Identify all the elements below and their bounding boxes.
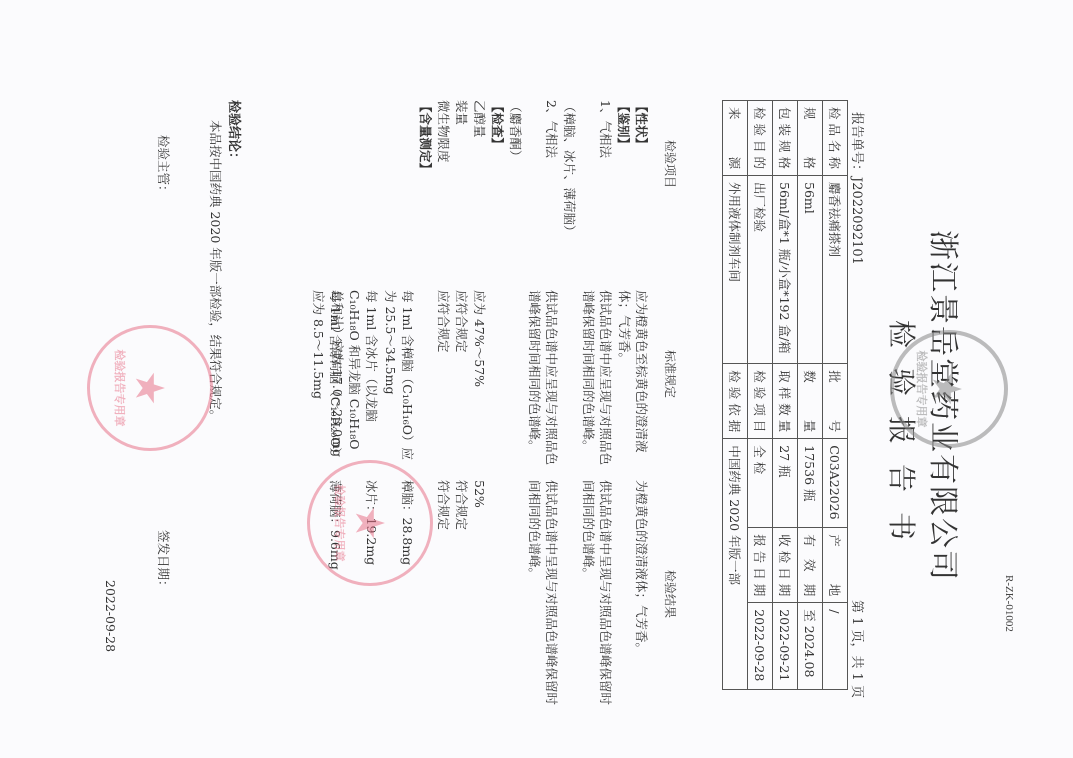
conclusion-label: 检验结论： bbox=[226, 100, 245, 165]
sign-date: 2022-09-28 bbox=[103, 580, 118, 652]
info-value: 出厂检验 bbox=[748, 176, 773, 364]
info-label: 批 号 bbox=[823, 364, 848, 439]
test-item: 【检查】 bbox=[489, 100, 506, 150]
info-label: 检验目的 bbox=[748, 101, 773, 176]
info-label: 数 量 bbox=[798, 364, 823, 439]
info-value: 外用液体制剂车间 bbox=[723, 176, 748, 364]
info-value: 56ml/盒*1 瓶/小盒*192 盒/箱 bbox=[773, 176, 798, 364]
info-value: C03A22026 bbox=[823, 439, 848, 528]
column-header-result: 检验结果 bbox=[661, 570, 678, 618]
test-standard: 每 1ml 含薄荷脑（C₁₀H₂₀O）应为 8.5～11.5mg bbox=[310, 290, 344, 465]
info-value: 27 瓶 bbox=[773, 439, 798, 528]
test-standard: 应符合规定 bbox=[435, 290, 452, 465]
test-item: （麝香酮） bbox=[507, 100, 524, 163]
test-item: 2、气相法 bbox=[543, 100, 560, 158]
info-value: 中国药典 2020 年版一部 bbox=[723, 439, 748, 690]
info-label: 收检日期 bbox=[773, 528, 798, 603]
info-value: 至 2024.08 bbox=[798, 603, 823, 690]
sign-date-label: 签发日期： bbox=[155, 530, 173, 593]
info-label: 检验项目 bbox=[748, 364, 773, 439]
test-result: 52% bbox=[471, 480, 488, 710]
info-row: 包装规格56ml/盒*1 瓶/小盒*192 盒/箱取样数量27 瓶收检日期202… bbox=[773, 101, 798, 690]
info-value: 2022-09-21 bbox=[773, 603, 798, 690]
info-label: 取样数量 bbox=[773, 364, 798, 439]
red-seal-stamp: ★ 检验报告专用章 bbox=[307, 460, 433, 586]
info-value: 56ml bbox=[798, 176, 823, 364]
info-label: 产 地 bbox=[823, 528, 848, 603]
column-header-standard: 标准规定 bbox=[661, 350, 678, 398]
test-item: 【含量测定】 bbox=[417, 100, 434, 175]
info-value: 全 检 bbox=[748, 439, 773, 528]
page-count: 第 1 页，共 1 页 bbox=[849, 600, 868, 698]
info-value: / bbox=[823, 603, 848, 690]
test-item: 【鉴别】 bbox=[615, 100, 632, 150]
supervisor-label: 检验主管： bbox=[155, 135, 173, 198]
test-result: 符合规定 bbox=[435, 480, 452, 710]
test-standard: 应为 47%～57% bbox=[471, 290, 488, 465]
test-result: 供试品色谱中呈现与对照品色谱峰保留时间相同的色谱峰。 bbox=[580, 480, 614, 710]
report-number: 报告单号：J2022092101 bbox=[849, 112, 868, 265]
test-item: 1、气相法 bbox=[597, 100, 614, 158]
info-row: 检验目的出厂检验检验项目全 检报告日期2022-09-28 bbox=[748, 101, 773, 690]
test-standard: 每 1ml 含樟脑（C₁₀H₁₆O）应为 25.5～34.5mg bbox=[382, 290, 416, 465]
test-item: 装量 bbox=[453, 100, 470, 125]
info-label: 来 源 bbox=[723, 101, 748, 176]
test-item: 乙醇量 bbox=[471, 100, 488, 138]
report-page: R-ZK-01002 浙江景岳堂药业有限公司 检验报告书 报告单号：J20220… bbox=[0, 0, 1073, 758]
info-label: 检验依据 bbox=[723, 364, 748, 439]
report-number-value: J2022092101 bbox=[849, 177, 864, 265]
info-table: 检品名称麝香祛痛搽剂批 号C03A22026产 地/规 格56ml数 量1753… bbox=[722, 100, 848, 690]
info-row: 检品名称麝香祛痛搽剂批 号C03A22026产 地/ bbox=[823, 101, 848, 690]
test-standard: 供试品色谱中应呈现与对照品色谱峰保留时间相同的色谱峰。 bbox=[580, 290, 614, 465]
info-value: 17536 瓶 bbox=[798, 439, 823, 528]
test-standard: 应符合规定 bbox=[453, 290, 470, 465]
test-standard: 应为橙黄色至棕黄色的澄清液体；气芳香。 bbox=[616, 290, 650, 465]
document-code: R-ZK-01002 bbox=[1003, 575, 1015, 632]
test-item: （樟脑、冰片、薄荷脑） bbox=[561, 100, 578, 238]
star-icon: ★ bbox=[346, 463, 392, 583]
info-label: 报告日期 bbox=[748, 528, 773, 603]
test-result: 符合规定 bbox=[453, 480, 470, 710]
info-label: 规 格 bbox=[798, 101, 823, 176]
info-label: 检品名称 bbox=[823, 101, 848, 176]
report-number-label: 报告单号： bbox=[849, 112, 864, 177]
test-result: 供试品色谱中呈现与对照品色谱峰保留时间相同的色谱峰。 bbox=[526, 480, 560, 710]
info-label: 有 效 期 bbox=[798, 528, 823, 603]
star-icon: ★ bbox=[126, 328, 172, 448]
info-value: 2022-09-28 bbox=[748, 603, 773, 690]
test-item: 微生物限度 bbox=[435, 100, 452, 163]
test-item: 【性状】 bbox=[633, 100, 650, 150]
test-result: 为橙黄色的澄清液体；气芳香。 bbox=[633, 480, 650, 710]
info-row: 来 源外用液体制剂车间检验依据中国药典 2020 年版一部 bbox=[723, 101, 748, 690]
test-standard: 供试品色谱中应呈现与对照品色谱峰保留时间相同的色谱峰。 bbox=[526, 290, 560, 465]
red-seal-stamp-signature: ★ 检验报告专用章 bbox=[87, 325, 213, 451]
info-label: 包装规格 bbox=[773, 101, 798, 176]
gray-seal-stamp: ★ 检验报告专用章 bbox=[890, 330, 1008, 448]
info-row: 规 格56ml数 量17536 瓶有 效 期至 2024.08 bbox=[798, 101, 823, 690]
column-header-item: 检验项目 bbox=[661, 140, 678, 188]
info-value: 麝香祛痛搽剂 bbox=[823, 176, 848, 364]
